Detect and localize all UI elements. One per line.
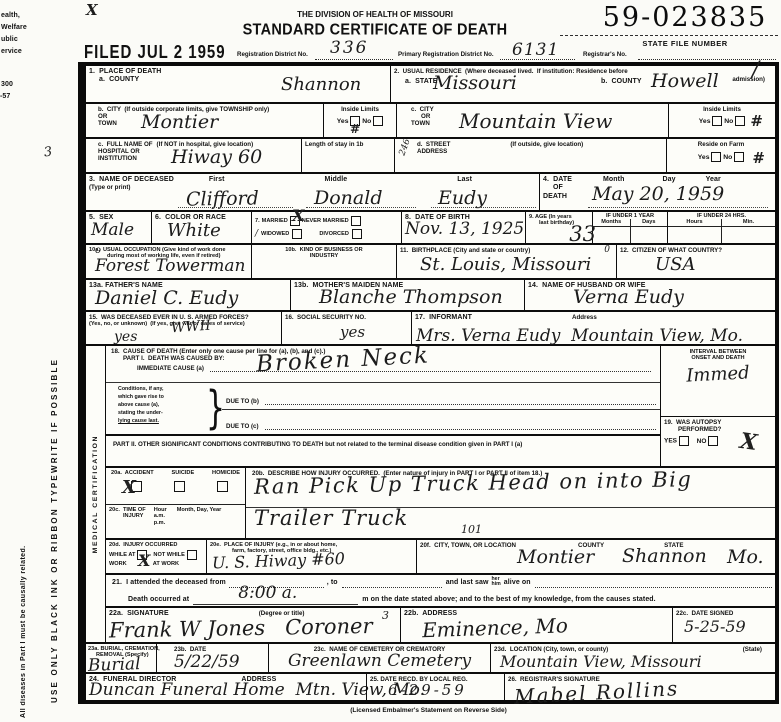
reside-farm-label: Reside on Farm xyxy=(670,141,772,148)
attended-blank3 xyxy=(535,578,772,588)
field-father-name: 13a. FATHER'S NAME Daniel C. Eudy xyxy=(86,280,290,310)
burial-date-value: 5/22/59 xyxy=(174,654,265,671)
due-to-b-label: DUE TO (b) xyxy=(226,398,259,405)
work-label: WORK xyxy=(109,561,127,567)
conditions-note-line: lying cause last. xyxy=(118,418,206,426)
sex-value: Male xyxy=(91,220,134,240)
corner-x-mark: X xyxy=(86,3,98,18)
accident-x-mark: X xyxy=(122,479,136,497)
no-label: No xyxy=(723,154,732,161)
name-rule xyxy=(178,207,293,208)
death-time-value: 8:00 a. xyxy=(238,585,297,602)
margin-mark-3: 3 xyxy=(43,145,53,159)
autopsy-label: 19. WAS AUTOPSY xyxy=(664,419,772,426)
armed-forces-value: yes xyxy=(114,330,137,344)
hospital-value: Hiway 60 xyxy=(171,148,262,167)
injury-city-value: Montier xyxy=(517,548,594,567)
under-24-header: IF UNDER 24 HRS. xyxy=(668,212,775,219)
attended-text3: and last saw xyxy=(446,579,489,587)
attended-text4: alive on xyxy=(504,579,531,587)
months-header: Months xyxy=(593,219,630,226)
field-date-received: 25. DATE RECD. BY LOCAL REG. 6-29-59 xyxy=(366,674,504,700)
armed-forces-war-value: WWII xyxy=(171,319,212,336)
birthplace-label: 11. BIRTHPLACE (City and state or countr… xyxy=(400,247,613,254)
dob-value: Nov. 13, 1925 xyxy=(405,221,522,238)
name-rule xyxy=(306,207,416,208)
at-work-x-mark: X xyxy=(138,553,150,569)
reg-district-value: 336 xyxy=(330,40,368,57)
conditions-note-line: Conditions, if any, xyxy=(118,386,206,394)
row-place-residence: 1. PLACE OF DEATH a. COUNTY Shannon 2. U… xyxy=(86,66,775,104)
date-received-value: 6-29-59 xyxy=(388,683,501,698)
edge-number: -57 xyxy=(0,93,10,101)
state-file-number-label: STATE FILE NUMBER xyxy=(600,39,770,48)
under-1-year-header: IF UNDER 1 YEAR xyxy=(593,212,667,219)
dod-label2: OF xyxy=(553,184,591,192)
hours-header: Hours xyxy=(668,219,721,226)
state-file-number-value: 59-023835 xyxy=(590,2,780,33)
race-value: White xyxy=(167,222,248,240)
registrar-no-label: Registrar's No. xyxy=(583,51,627,58)
no-label: No xyxy=(724,118,733,125)
age-value: 33 xyxy=(569,224,596,245)
attended-text1: 21. I attended the deceased from xyxy=(112,579,226,587)
checkbox-autopsy-yes xyxy=(679,436,689,446)
edge-number: 300 xyxy=(1,81,13,89)
ssn-label: 16. SOCIAL SECURITY NO. xyxy=(285,314,408,321)
field-certifier-signature: 22a. SIGNATURE (Degree or title) 3 Frank… xyxy=(106,608,400,642)
checkbox-farm-yes xyxy=(711,152,721,162)
checkbox-autopsy-no xyxy=(708,436,718,446)
marital-num: 7. xyxy=(255,218,260,224)
ssn-value: yes xyxy=(340,325,408,340)
medical-certification-vertical-label: MEDICAL CERTIFICATION xyxy=(92,435,99,553)
field-place-inside-limits: Inside Limits Yes No # xyxy=(323,104,396,137)
funeral-director-value: Duncan Funeral Home Mtn. View, Mo. xyxy=(89,682,363,699)
field-date-signed: 22c. DATE SIGNED 5-25-59 xyxy=(672,608,775,642)
homicide-label: HOMICIDE xyxy=(212,470,240,476)
field-street-address: d. STREET (If outside, give location) AD… xyxy=(394,139,666,172)
burial-location-value: Mountain View, Missouri xyxy=(500,654,772,670)
due-b-rule xyxy=(265,395,656,405)
pm-label: p.m. xyxy=(154,520,167,526)
field-certifier-address: 22b. ADDRESS Eminence, Mo xyxy=(400,608,672,642)
name-rule xyxy=(431,207,536,208)
field-name-of-deceased: 3. NAME OF DECEASED (Type or print) Firs… xyxy=(86,174,539,210)
vertical-note-diseases: All diseases in Part I must be causally … xyxy=(20,440,27,718)
yes-label: Yes xyxy=(699,118,711,125)
street-number-mark: 246 xyxy=(398,138,412,157)
row-city-town: b. CITY (If outside corporate limits, gi… xyxy=(86,104,775,139)
primary-district-value: 6131 xyxy=(512,42,559,59)
street-label: d. STREET xyxy=(417,141,450,148)
birthplace-mark: 0 xyxy=(604,246,610,255)
leader-line xyxy=(315,58,393,60)
field-place-of-injury: 20e. PLACE OF INJURY (e.g., in or about … xyxy=(206,540,416,574)
checkbox-inside-limits-no xyxy=(373,116,383,126)
citizen-label: 12. CITIZEN OF WHAT COUNTRY? xyxy=(620,247,772,254)
autopsy-no-x-mark: X xyxy=(738,430,758,454)
filed-stamp: FILED JUL 2 1959 xyxy=(84,42,226,63)
residence-limits-no-mark: # xyxy=(750,114,763,129)
field-attended-statement: 21. I attended the deceased from , to an… xyxy=(106,575,775,608)
informant-label: 17. INFORMANT xyxy=(415,314,472,322)
occupation-value: Forest Towerman xyxy=(95,258,248,275)
row-certifier: 22a. SIGNATURE (Degree or title) 3 Frank… xyxy=(106,608,775,642)
checkbox-never-married xyxy=(351,216,361,226)
residence-county-value: Howell xyxy=(651,72,719,91)
am-label: a.m. xyxy=(154,513,167,519)
field-burial-type: 23a. BURIAL, CREMATION, REMOVAL (Specify… xyxy=(86,644,156,672)
burial-location-state-label: (State) xyxy=(743,646,762,653)
injury-location-label: 20f. CITY, TOWN, OR LOCATION xyxy=(420,542,516,549)
father-value: Daniel C. Eudy xyxy=(95,289,287,308)
field-date-of-death: 4. DATE OF DEATH Month Day Year May 20, … xyxy=(539,174,775,210)
injury-occurred-label: 20d. INJURY OCCURRED xyxy=(109,542,203,548)
dod-rule xyxy=(588,207,768,208)
file-number-rule xyxy=(560,35,778,36)
death-occurred-text2: m on the date stated above; and to the b… xyxy=(362,596,656,604)
autopsy-no-label: NO xyxy=(697,438,707,445)
conditions-note-line: stating the under- xyxy=(118,410,206,418)
field-autopsy: 19. WAS AUTOPSY PERFORMED? YES NO X xyxy=(661,416,775,466)
row-registration: 24. FUNERAL DIRECTOR ADDRESS Duncan Fune… xyxy=(86,674,775,700)
autopsy-yes-label: YES xyxy=(664,438,677,445)
field-hospital: c. FULL NAME OF (If NOT in hospital, giv… xyxy=(86,139,301,172)
part2-label: PART II. OTHER SIGNIFICANT CONDITIONS CO… xyxy=(109,438,657,448)
conditions-note-line: above cause (a), xyxy=(118,402,206,410)
checkbox-residence-limits-yes xyxy=(712,116,722,126)
row-service-informant: 15. WAS DECEASED EVER IN U. S. ARMED FOR… xyxy=(86,312,775,346)
accident-label: 20a. ACCIDENT xyxy=(111,470,154,476)
due-to-section: Conditions, if any, which gave rise to a… xyxy=(106,383,660,436)
row-family: 13a. FATHER'S NAME Daniel C. Eudy 13b. M… xyxy=(86,280,775,312)
him-label: him xyxy=(492,582,501,587)
date-signed-value: 5-25-59 xyxy=(684,619,772,635)
row-hospital-street: c. FULL NAME OF (If NOT in hospital, giv… xyxy=(86,139,775,174)
mdy-label: Month, Day, Year xyxy=(177,507,222,526)
never-married-label: NEVER MARRIED xyxy=(302,218,349,224)
field-armed-forces: 15. WAS DECEASED EVER IN U. S. ARMED FOR… xyxy=(86,312,281,344)
reg-district-label: Registration District No. xyxy=(237,51,308,58)
street-note: (If outside, give location) xyxy=(510,141,583,148)
interval-label: INTERVAL BETWEEN xyxy=(661,346,775,355)
embalmer-note: (Licensed Embalmer's Statement on Revers… xyxy=(78,707,779,714)
last-name-value: Eudy xyxy=(438,189,487,208)
field-time-of-injury: 20c. TIME OF INJURY Hour a.m. p.m. Month… xyxy=(106,505,245,537)
middle-name-value: Donald xyxy=(314,189,382,208)
primary-district-label: Primary Registration District No. xyxy=(398,51,494,58)
checkbox-homicide xyxy=(217,481,228,492)
interval-label2: ONSET AND DEATH xyxy=(661,355,775,361)
dod-label3: DEATH xyxy=(543,193,591,201)
edge-text: ealth, xyxy=(1,12,20,20)
checkbox-widowed xyxy=(292,229,302,239)
edge-text: Welfare xyxy=(1,24,27,32)
suicide-label: SUICIDE xyxy=(172,470,195,476)
county-value: Shannon xyxy=(281,76,361,94)
field-color-race: 6. COLOR OR RACE White xyxy=(151,212,251,243)
checkbox-suicide xyxy=(174,481,185,492)
field-marital-status: 7. MARRIED NEVER MARRIED / WIDOWED DIVOR… xyxy=(251,212,401,243)
due-c-rule xyxy=(265,420,656,430)
yes-label: Yes xyxy=(337,118,349,125)
field-sex: 5. SEX Male o xyxy=(86,212,151,243)
field-injury-occurred: 20d. INJURY OCCURRED WHILE AT NOT WHILE … xyxy=(106,540,206,574)
married-x-mark: X xyxy=(292,208,304,224)
widowed-label: WIDOWED xyxy=(261,231,289,237)
spouse-value: Verna Eudy xyxy=(573,288,772,307)
conditions-note-line: which gave rise to xyxy=(118,394,206,402)
field-burial-date: 23b. DATE 5/22/59 xyxy=(156,644,268,672)
widowed-slash-mark: / xyxy=(255,230,258,239)
field-place-city: b. CITY (If outside corporate limits, gi… xyxy=(86,104,323,137)
field-length-of-stay: Length of stay in 1b xyxy=(301,139,394,172)
checkbox-not-while-at-work xyxy=(187,550,197,560)
checkbox-farm-no xyxy=(734,152,744,162)
field-usual-residence: 2. USUAL RESIDENCE (Where deceased lived… xyxy=(390,66,775,102)
row-name-date: 3. NAME OF DECEASED (Type or print) Firs… xyxy=(86,174,775,212)
field-citizen: 12. CITIZEN OF WHAT COUNTRY? USA xyxy=(616,245,775,278)
date-signed-label: 22c. DATE SIGNED xyxy=(676,610,772,617)
informant-value: Mrs. Verna Eudy Mountain View, Mo. xyxy=(416,328,743,345)
certificate-scan: ealth, Welfare ublic ervice 300 -57 3 X … xyxy=(0,0,781,722)
vertical-note-black-ink: USE ONLY BLACK INK OR RIBBON TYPEWRITE I… xyxy=(50,168,59,703)
medical-certification-strip: MEDICAL CERTIFICATION xyxy=(86,346,106,642)
medical-certification-block: MEDICAL CERTIFICATION 18. CAUSE OF DEATH… xyxy=(86,346,775,644)
field-accident-suicide-homicide: 20a. ACCIDENT SUICIDE HOMICIDE X xyxy=(106,468,245,505)
field-describe-injury: 20b. DESCRIBE HOW INJURY OCCURRED. (Ente… xyxy=(246,468,775,537)
mother-value: Blanche Thompson xyxy=(319,288,521,307)
attended-blank2 xyxy=(342,578,442,588)
attended-text2: , to xyxy=(327,579,338,587)
row-injury-place: 20d. INJURY OCCURRED WHILE AT NOT WHILE … xyxy=(106,540,775,576)
time-of-injury-label2: INJURY xyxy=(123,513,146,519)
field-place-of-death: 1. PLACE OF DEATH a. COUNTY Shannon xyxy=(86,66,390,102)
field-if-under-24-hrs: IF UNDER 24 HRS. Hours Min. xyxy=(667,212,775,243)
row-injury-describe: 20a. ACCIDENT SUICIDE HOMICIDE X xyxy=(106,468,775,539)
not-while-label: NOT WHILE xyxy=(153,552,184,558)
field-registrar-signature: 26. REGISTRAR'S SIGNATURE Mabel Rollins xyxy=(504,674,775,700)
place-city-value: Montier xyxy=(141,113,218,132)
hospital-label: c. FULL NAME OF xyxy=(98,141,153,148)
inside-limits-hash-mark: # xyxy=(350,123,360,135)
citizen-value: USA xyxy=(655,256,772,274)
days-header: Days xyxy=(631,219,668,226)
informant-address-label: Address xyxy=(572,314,597,322)
row-statistics: 5. SEX Male o 6. COLOR OR RACE White 7. … xyxy=(86,212,775,245)
injury-county-value: Shannon xyxy=(622,547,707,566)
due-to-c-label: DUE TO (c) xyxy=(226,423,259,430)
row-burial: 23a. BURIAL, CREMATION, REMOVAL (Specify… xyxy=(86,644,775,674)
row-occupation: 10a. USUAL OCCUPATION (Give kind of work… xyxy=(86,245,775,280)
field-immediate-cause: 18. CAUSE OF DEATH (Enter only one cause… xyxy=(106,346,660,383)
dod-value: May 20, 1959 xyxy=(592,185,724,204)
usual-residence-title2: admission) xyxy=(732,76,765,83)
describe-injury-mark: 101 xyxy=(461,524,482,535)
death-occurred-text: Death occurred at xyxy=(128,596,189,604)
describe-injury-value2: Trailer Truck xyxy=(254,508,408,529)
certifier-signature-value: Frank W Jones Coroner xyxy=(109,616,397,642)
while-at-label: WHILE AT xyxy=(109,552,135,558)
edge-text: ervice xyxy=(1,48,22,56)
field-burial-location: 23d. LOCATION (City, town, or county) (S… xyxy=(490,644,775,672)
yes-label: Yes xyxy=(698,154,710,161)
certificate-title: STANDARD CERTIFICATE OF DEATH xyxy=(230,21,520,39)
name-label: 3. NAME OF DECEASED xyxy=(89,176,174,184)
edge-text: ublic xyxy=(1,36,18,44)
checkbox-divorced xyxy=(352,229,362,239)
field-part2-conditions: PART II. OTHER SIGNIFICANT CONDITIONS CO… xyxy=(106,436,660,466)
business-label2: INDUSTRY xyxy=(255,253,393,259)
length-of-stay-label: Length of stay in 1b xyxy=(305,141,391,148)
field-birthplace: 11. BIRTHPLACE (City and state or countr… xyxy=(396,245,616,278)
residence-county-mark: / xyxy=(752,60,759,82)
cemetery-value: Greenlawn Cemetery xyxy=(272,653,487,670)
field-residence-city: c. CITY OR TOWN Mountain View xyxy=(396,104,668,137)
field-cemetery: 23c. NAME OF CEMETERY OR CREMATORY Green… xyxy=(268,644,490,672)
cause-of-death-section: 18. CAUSE OF DEATH (Enter only one cause… xyxy=(106,346,775,468)
burial-type-value: Burial xyxy=(88,656,141,675)
farm-no-mark: # xyxy=(752,151,765,166)
certificate-form: 1. PLACE OF DEATH a. COUNTY Shannon 2. U… xyxy=(78,62,779,704)
birthplace-value: St. Louis, Missouri xyxy=(420,256,613,274)
field-spouse-name: 14. NAME OF HUSBAND OR WIFE Verna Eudy xyxy=(524,280,775,310)
state-value: Missouri xyxy=(433,74,517,93)
divorced-label: DIVORCED xyxy=(319,231,349,237)
describe-injury-value: Ran Pick Up Truck Head on into Big xyxy=(254,469,693,498)
residence-county-label: b. COUNTY xyxy=(601,78,642,86)
field-reside-on-farm: Reside on Farm Yes No # xyxy=(666,139,775,172)
dod-label: 4. DATE xyxy=(543,176,591,184)
field-funeral-director: 24. FUNERAL DIRECTOR ADDRESS Duncan Fune… xyxy=(86,674,366,700)
field-residence-inside-limits: Inside Limits Yes No # xyxy=(668,104,775,137)
interval-column: INTERVAL BETWEEN ONSET AND DEATH Immed 1… xyxy=(660,346,775,466)
street-label2: ADDRESS xyxy=(417,148,663,155)
field-date-of-birth: 8. DATE OF BIRTH Nov. 13, 1925 xyxy=(401,212,525,243)
residence-city-value: Mountain View xyxy=(459,111,612,131)
at-work-label: AT WORK xyxy=(153,561,179,567)
field-age: 9. AGE (In years last birthday) 33 xyxy=(525,212,592,243)
field-if-under-1-year: IF UNDER 1 YEAR Months Days xyxy=(592,212,667,243)
field-business-industry: 10b. KIND OF BUSINESS OR INDUSTRY xyxy=(251,245,396,278)
field-occupation: 10a. USUAL OCCUPATION (Give kind of work… xyxy=(86,245,251,278)
field-informant: 17. INFORMANT Address Mrs. Verna Eudy Mo… xyxy=(411,312,775,344)
division-heading: THE DIVISION OF HEALTH OF MISSOURI xyxy=(255,10,495,19)
min-header: Min. xyxy=(722,219,775,226)
married-label: MARRIED xyxy=(262,218,288,224)
field-injury-location: 20f. CITY, TOWN, OR LOCATION COUNTY STAT… xyxy=(416,540,775,574)
field-ssn: 16. SOCIAL SECURITY NO. yes xyxy=(281,312,411,344)
field-mother-name: 13b. MOTHER'S MAIDEN NAME Blanche Thomps… xyxy=(290,280,524,310)
interval-value: Immed xyxy=(661,363,776,387)
immediate-cause-label: IMMEDIATE CAUSE (a) xyxy=(137,365,204,372)
place-of-injury-value: U. S. Hiway #60 xyxy=(212,549,413,572)
name-note: (Type or print) xyxy=(89,184,174,191)
no-label: No xyxy=(362,118,371,125)
inside-limits-label: Inside Limits xyxy=(327,106,393,113)
checkbox-residence-limits-no xyxy=(735,116,745,126)
injury-state-value: Mo. xyxy=(727,548,764,567)
